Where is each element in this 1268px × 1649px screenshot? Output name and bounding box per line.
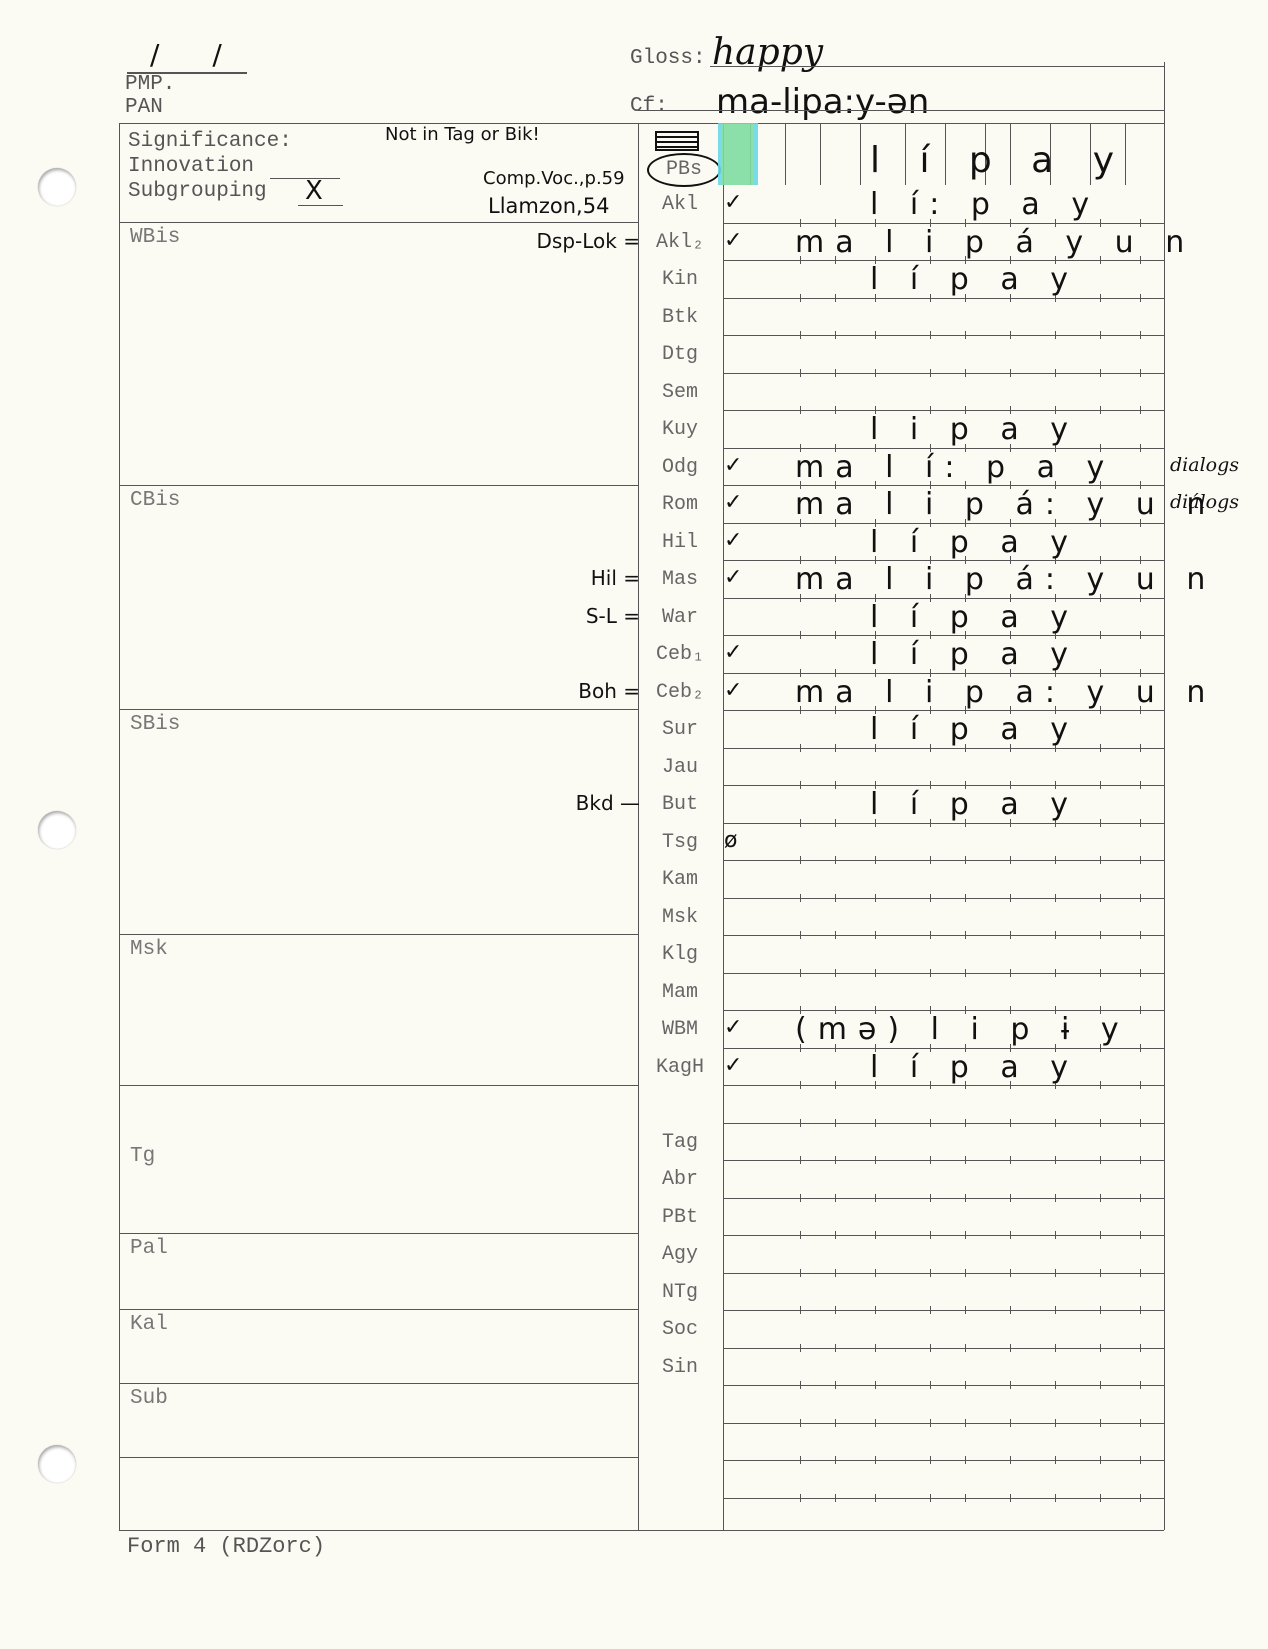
segment-tick — [835, 744, 836, 752]
segment-tick — [1010, 969, 1011, 977]
segment-tick — [1140, 444, 1141, 452]
segment-tick — [800, 781, 801, 789]
language-code-btk: Btk — [640, 306, 720, 329]
segment-tick — [1055, 894, 1056, 902]
check-mark[interactable]: ✓ — [724, 228, 742, 253]
segment-tick — [930, 1344, 931, 1352]
segment-tick — [800, 1231, 801, 1239]
segment-tick — [875, 931, 876, 939]
form-akl[interactable]: ma l i p á y u n — [795, 225, 1195, 260]
language-code-tsg: Tsg — [640, 831, 720, 854]
group-label-cbis: CBis — [130, 489, 180, 512]
segment-tick — [965, 931, 966, 939]
form-entry-line[interactable] — [723, 635, 1164, 636]
form-entry-line[interactable] — [723, 1423, 1164, 1424]
segment-tick — [930, 931, 931, 939]
segment-tick — [800, 1269, 801, 1277]
segment-tick — [835, 1194, 836, 1202]
segment-tick — [875, 1419, 876, 1427]
language-code-rom: Rom — [640, 493, 720, 516]
segment-tick — [1140, 1269, 1141, 1277]
segment-tick — [800, 744, 801, 752]
segment-tick — [1055, 969, 1056, 977]
binder-hole-top — [38, 168, 76, 206]
check-mark[interactable]: ✓ — [724, 1053, 742, 1078]
form-entry-line[interactable] — [723, 898, 1164, 899]
segment-tick — [1100, 894, 1101, 902]
segment-tick — [835, 1344, 836, 1352]
section-separator — [119, 1309, 638, 1310]
segment-tick — [1100, 969, 1101, 977]
segment-tick — [1010, 1381, 1011, 1389]
form-entry-line[interactable] — [723, 1310, 1164, 1311]
segment-tick — [1100, 1381, 1101, 1389]
side-note-odg: dialogs — [1170, 454, 1239, 476]
segment-tick — [800, 631, 801, 639]
significance-title: Significance: — [128, 130, 292, 153]
language-code-hil: Hil — [640, 531, 720, 554]
segment-tick — [835, 1456, 836, 1464]
segment-tick — [1055, 1344, 1056, 1352]
segment-tick — [835, 1119, 836, 1127]
segment-tick — [835, 406, 836, 414]
language-code-kin: Kin — [640, 268, 720, 291]
segment-tick — [1140, 1381, 1141, 1389]
language-code-kagh: KagH — [640, 1056, 720, 1079]
segment-tick — [1140, 1156, 1141, 1164]
language-code-kuy: Kuy — [640, 418, 720, 441]
segment-tick — [875, 1119, 876, 1127]
segment-tick — [930, 1419, 931, 1427]
segment-tick — [930, 1494, 931, 1502]
segment-tick — [1100, 1456, 1101, 1464]
segment-tick — [1055, 856, 1056, 864]
subgrouping-mark[interactable]: X — [305, 176, 323, 206]
segment-tick — [835, 1156, 836, 1164]
segment-tick — [800, 894, 801, 902]
form-entry-line[interactable] — [723, 1198, 1164, 1199]
form-entry-line[interactable] — [723, 1048, 1164, 1049]
language-code-mam: Mam — [640, 981, 720, 1004]
segment-tick — [1140, 931, 1141, 939]
segment-tick — [1140, 1119, 1141, 1127]
segment-tick — [1010, 1344, 1011, 1352]
segment-tick — [965, 1194, 966, 1202]
segment-tick — [930, 1231, 931, 1239]
segment-tick — [930, 1381, 931, 1389]
segment-tick — [930, 1269, 931, 1277]
segment-tick — [1140, 1419, 1141, 1427]
form-entry-line[interactable] — [723, 1460, 1164, 1461]
form-odg[interactable]: ma l í: p a y — [795, 450, 1115, 485]
segment-tick — [875, 331, 876, 339]
segment-tick — [930, 856, 931, 864]
form-but[interactable]: l í p a y — [870, 787, 1079, 822]
segment-tick — [1010, 1269, 1011, 1277]
segment-tick — [1010, 1494, 1011, 1502]
language-code-sem: Sem — [640, 381, 720, 404]
language-code-odg: Odg — [640, 456, 720, 479]
check-mark[interactable]: ✓ — [724, 490, 742, 515]
binder-hole-bottom — [38, 1445, 76, 1483]
form-rom[interactable]: ma l i p á: y u n — [795, 487, 1216, 522]
form-sur[interactable]: l í p a y — [870, 712, 1079, 747]
table-right-border — [1164, 62, 1165, 1530]
segment-tick — [1140, 1044, 1141, 1052]
group-label-msk: Msk — [130, 938, 168, 961]
group-label-wbis: WBis — [130, 226, 180, 249]
form-kagh[interactable]: l í p a y — [870, 1050, 1079, 1085]
form-proto[interactable]: l í p a y — [870, 140, 1128, 181]
significance-note: Not in Tag or Bik! — [385, 124, 540, 145]
reference-llamzon: Llamzon,54 — [488, 194, 609, 218]
segment-tick — [965, 1494, 966, 1502]
form-entry-line[interactable] — [723, 560, 1164, 561]
segment-tick — [835, 1419, 836, 1427]
form-akl[interactable]: l í: p a y — [870, 187, 1100, 222]
form-entry-line[interactable] — [723, 860, 1164, 861]
form-entry-line[interactable] — [723, 1348, 1164, 1349]
segment-tick — [800, 294, 801, 302]
language-code-tag: Tag — [640, 1131, 720, 1154]
language-code-akl: Akl — [640, 193, 720, 216]
segment-tick — [1140, 856, 1141, 864]
language-code-ceb: Ceb₂ — [640, 681, 720, 704]
segment-tick — [1010, 894, 1011, 902]
section-separator — [119, 222, 638, 223]
check-mark[interactable]: ✓ — [724, 528, 742, 553]
gloss-underline — [710, 66, 1164, 67]
segment-tick — [800, 856, 801, 864]
segment-tick — [965, 369, 966, 377]
segment-tick — [835, 781, 836, 789]
form-entry-line[interactable] — [723, 748, 1164, 749]
binder-hole-middle — [38, 811, 76, 849]
segment-tick — [1100, 1419, 1101, 1427]
form-entry-line[interactable] — [723, 1085, 1164, 1086]
form-entry-line[interactable] — [723, 260, 1164, 261]
segment-tick — [930, 1456, 931, 1464]
segment-tick — [875, 856, 876, 864]
form-war[interactable]: l í p a y — [870, 600, 1079, 635]
form-entry-line[interactable] — [723, 1235, 1164, 1236]
segment-tick — [1055, 1419, 1056, 1427]
segment-tick — [1100, 781, 1101, 789]
section-separator — [119, 934, 638, 935]
check-mark[interactable]: ✓ — [724, 678, 742, 703]
grid-cell-divider — [820, 123, 821, 185]
segment-tick — [800, 1456, 801, 1464]
segment-tick — [875, 894, 876, 902]
cf-line — [638, 110, 1164, 111]
segment-tick — [1100, 1306, 1101, 1314]
form-entry-line[interactable] — [723, 710, 1164, 711]
segment-tick — [1055, 1119, 1056, 1127]
segment-tick — [835, 1381, 836, 1389]
form-entry-line[interactable] — [723, 1010, 1164, 1011]
segment-tick — [1100, 1194, 1101, 1202]
segment-tick — [1100, 1494, 1101, 1502]
group-label-kal: Kal — [130, 1313, 168, 1336]
segment-tick — [965, 1269, 966, 1277]
segment-tick — [1100, 406, 1101, 414]
segment-tick — [1055, 1194, 1056, 1202]
highlight-marker — [718, 123, 758, 185]
segment-tick — [835, 969, 836, 977]
segment-tick — [965, 331, 966, 339]
language-code-klg: Klg — [640, 943, 720, 966]
segment-tick — [1010, 1194, 1011, 1202]
segment-tick — [1100, 1231, 1101, 1239]
segment-tick — [1140, 781, 1141, 789]
form-entry-line[interactable] — [723, 673, 1164, 674]
segment-tick — [800, 1381, 801, 1389]
form-entry-line[interactable] — [723, 373, 1164, 374]
segment-tick — [835, 1494, 836, 1502]
segment-tick — [1055, 1456, 1056, 1464]
form-hil[interactable]: l í p a y — [870, 525, 1079, 560]
segment-tick — [800, 931, 801, 939]
segment-tick — [1140, 406, 1141, 414]
language-code-ceb: Ceb₁ — [640, 643, 720, 666]
absent-mark[interactable]: ø — [724, 828, 737, 853]
form-entry-line[interactable] — [723, 935, 1164, 936]
segment-tick — [1055, 331, 1056, 339]
language-code-sur: Sur — [640, 718, 720, 741]
segment-tick — [835, 1306, 836, 1314]
segment-tick — [1100, 856, 1101, 864]
segment-tick — [1010, 331, 1011, 339]
language-code-ntg: NTg — [640, 1281, 720, 1304]
group-label-sub: Sub — [130, 1387, 168, 1410]
form-entry-line[interactable] — [723, 598, 1164, 599]
segment-tick — [965, 1344, 966, 1352]
form-kuy[interactable]: l i p a y — [870, 412, 1079, 447]
proto-label-pmp: PMP. — [125, 73, 175, 96]
stack-icon — [655, 131, 699, 151]
reference-comp-voc: Comp.Voc.,p.59 — [483, 168, 625, 189]
check-mark[interactable]: ✓ — [724, 453, 742, 478]
language-code-mas: Mas — [640, 568, 720, 591]
segment-tick — [1010, 931, 1011, 939]
check-mark[interactable]: ✓ — [724, 190, 742, 215]
form-mas[interactable]: ma l i p á: y u n — [795, 562, 1216, 597]
form-entry-line[interactable] — [723, 485, 1164, 486]
segment-tick — [1140, 1306, 1141, 1314]
segment-tick — [800, 406, 801, 414]
segment-tick — [800, 1119, 801, 1127]
form-ceb[interactable]: ma l i p a: y u n — [795, 675, 1216, 710]
segment-tick — [1140, 1344, 1141, 1352]
form-entry-line[interactable] — [723, 1498, 1164, 1499]
form-entry-line[interactable] — [723, 785, 1164, 786]
form-ceb[interactable]: l í p a y — [870, 637, 1079, 672]
equivalence-note-but: Bkd — — [576, 791, 640, 815]
form-entry-line[interactable] — [723, 1273, 1164, 1274]
language-code-wbm: WBM — [640, 1018, 720, 1041]
segment-tick — [1140, 969, 1141, 977]
column-divider-codes — [638, 123, 639, 1530]
language-code-kam: Kam — [640, 868, 720, 891]
segment-tick — [800, 1344, 801, 1352]
language-code-jau: Jau — [640, 756, 720, 779]
form-entry-line[interactable] — [723, 1160, 1164, 1161]
segment-tick — [875, 1269, 876, 1277]
form-kin[interactable]: l í p a y — [870, 262, 1079, 297]
form-entry-line[interactable] — [723, 523, 1164, 524]
check-mark[interactable]: ✓ — [724, 565, 742, 590]
language-code-sin: Sin — [640, 1356, 720, 1379]
segment-tick — [875, 1156, 876, 1164]
segment-tick — [1100, 369, 1101, 377]
segment-tick — [835, 631, 836, 639]
segment-tick — [1010, 369, 1011, 377]
segment-tick — [1010, 1306, 1011, 1314]
segment-tick — [1055, 1381, 1056, 1389]
segment-tick — [1055, 1156, 1056, 1164]
language-code-abr: Abr — [640, 1168, 720, 1191]
segment-tick — [930, 1119, 931, 1127]
segment-tick — [1140, 1194, 1141, 1202]
equivalence-note-akl: Dsp-Lok = — [537, 229, 640, 253]
segment-tick — [875, 1194, 876, 1202]
segment-tick — [835, 331, 836, 339]
segment-tick — [930, 331, 931, 339]
subgrouping-label: Subgrouping — [128, 180, 267, 203]
segment-tick — [875, 1306, 876, 1314]
segment-tick — [1100, 631, 1101, 639]
segment-tick — [875, 1231, 876, 1239]
equivalence-note-ceb: Boh = — [578, 679, 640, 703]
segment-tick — [835, 1269, 836, 1277]
segment-tick — [835, 931, 836, 939]
segment-tick — [965, 856, 966, 864]
segment-tick — [1100, 331, 1101, 339]
segment-tick — [930, 1306, 931, 1314]
segment-tick — [800, 819, 801, 827]
cf-value[interactable]: ma-lipa:y-ən — [716, 82, 929, 122]
segment-tick — [1140, 331, 1141, 339]
section-separator — [119, 1457, 638, 1458]
segment-tick — [800, 1419, 801, 1427]
segment-tick — [835, 1231, 836, 1239]
segment-tick — [1055, 1231, 1056, 1239]
grid-cell-divider — [860, 123, 861, 185]
cf-label: Cf: — [630, 95, 668, 118]
segment-tick — [1055, 369, 1056, 377]
segment-tick — [875, 1494, 876, 1502]
form-footer-label: Form 4 (RDZorc) — [127, 1534, 325, 1559]
table-top-border — [119, 123, 1164, 124]
segment-tick — [1100, 819, 1101, 827]
segment-tick — [875, 1344, 876, 1352]
segment-tick — [930, 369, 931, 377]
segment-tick — [800, 331, 801, 339]
form-entry-line[interactable] — [723, 223, 1164, 224]
segment-tick — [1100, 1156, 1101, 1164]
segment-tick — [930, 1156, 931, 1164]
segment-tick — [1140, 294, 1141, 302]
form-entry-line[interactable] — [723, 448, 1164, 449]
segment-tick — [875, 369, 876, 377]
segment-tick — [800, 1081, 801, 1089]
section-separator — [119, 1233, 638, 1234]
segment-tick — [1140, 1456, 1141, 1464]
segment-tick — [1140, 744, 1141, 752]
segment-tick — [1010, 856, 1011, 864]
segment-tick — [965, 1419, 966, 1427]
form-wbm[interactable]: (mə) l i p ɨ y — [795, 1012, 1130, 1047]
table-left-border — [119, 123, 120, 1530]
group-label-tg: Tg — [130, 1145, 155, 1168]
segment-tick — [965, 1456, 966, 1464]
proto-label-pan: PAN — [125, 96, 163, 119]
form-entry-line[interactable] — [723, 823, 1164, 824]
group-label-pal: Pal — [130, 1237, 168, 1260]
segment-tick — [800, 369, 801, 377]
language-code-but: But — [640, 793, 720, 816]
segment-tick — [1100, 1344, 1101, 1352]
language-code-agy: Agy — [640, 1243, 720, 1266]
segment-tick — [1140, 631, 1141, 639]
segment-tick — [875, 1456, 876, 1464]
segment-tick — [1010, 1156, 1011, 1164]
segment-tick — [1100, 1269, 1101, 1277]
language-code-soc: Soc — [640, 1318, 720, 1341]
segment-tick — [1140, 1494, 1141, 1502]
segment-tick — [1010, 1419, 1011, 1427]
language-code-dtg: Dtg — [640, 343, 720, 366]
segment-tick — [835, 894, 836, 902]
segment-tick — [1140, 1006, 1141, 1014]
segment-tick — [800, 969, 801, 977]
form-entry-line[interactable] — [723, 1385, 1164, 1386]
segment-tick — [1010, 1119, 1011, 1127]
segment-tick — [835, 294, 836, 302]
form-entry-line[interactable] — [723, 410, 1164, 411]
segment-tick — [1010, 1231, 1011, 1239]
segment-tick — [930, 1194, 931, 1202]
segment-tick — [1100, 1081, 1101, 1089]
equivalence-note-war: S-L = — [586, 604, 640, 628]
segment-tick — [800, 1494, 801, 1502]
segment-tick — [965, 1381, 966, 1389]
segment-tick — [965, 1119, 966, 1127]
section-separator — [119, 485, 638, 486]
language-code-war: War — [640, 606, 720, 629]
segment-tick — [965, 1156, 966, 1164]
check-mark[interactable]: ✓ — [724, 640, 742, 665]
form-entry-line[interactable] — [723, 335, 1164, 336]
segment-tick — [965, 969, 966, 977]
segment-tick — [800, 1194, 801, 1202]
form-entry-line[interactable] — [723, 973, 1164, 974]
check-mark[interactable]: ✓ — [724, 1015, 742, 1040]
segment-tick — [1140, 894, 1141, 902]
pbs-circled-label: PBs — [647, 153, 721, 187]
segment-tick — [875, 1381, 876, 1389]
segment-tick — [835, 819, 836, 827]
form-entry-line[interactable] — [723, 298, 1164, 299]
grid-cell-divider — [785, 123, 786, 185]
date-field[interactable]: / / — [150, 38, 244, 71]
equivalence-note-mas: Hil = — [591, 566, 640, 590]
side-note-rom: diálogs — [1170, 491, 1239, 513]
segment-tick — [835, 369, 836, 377]
segment-tick — [800, 1306, 801, 1314]
segment-tick — [1140, 1231, 1141, 1239]
form-entry-line[interactable] — [723, 1123, 1164, 1124]
